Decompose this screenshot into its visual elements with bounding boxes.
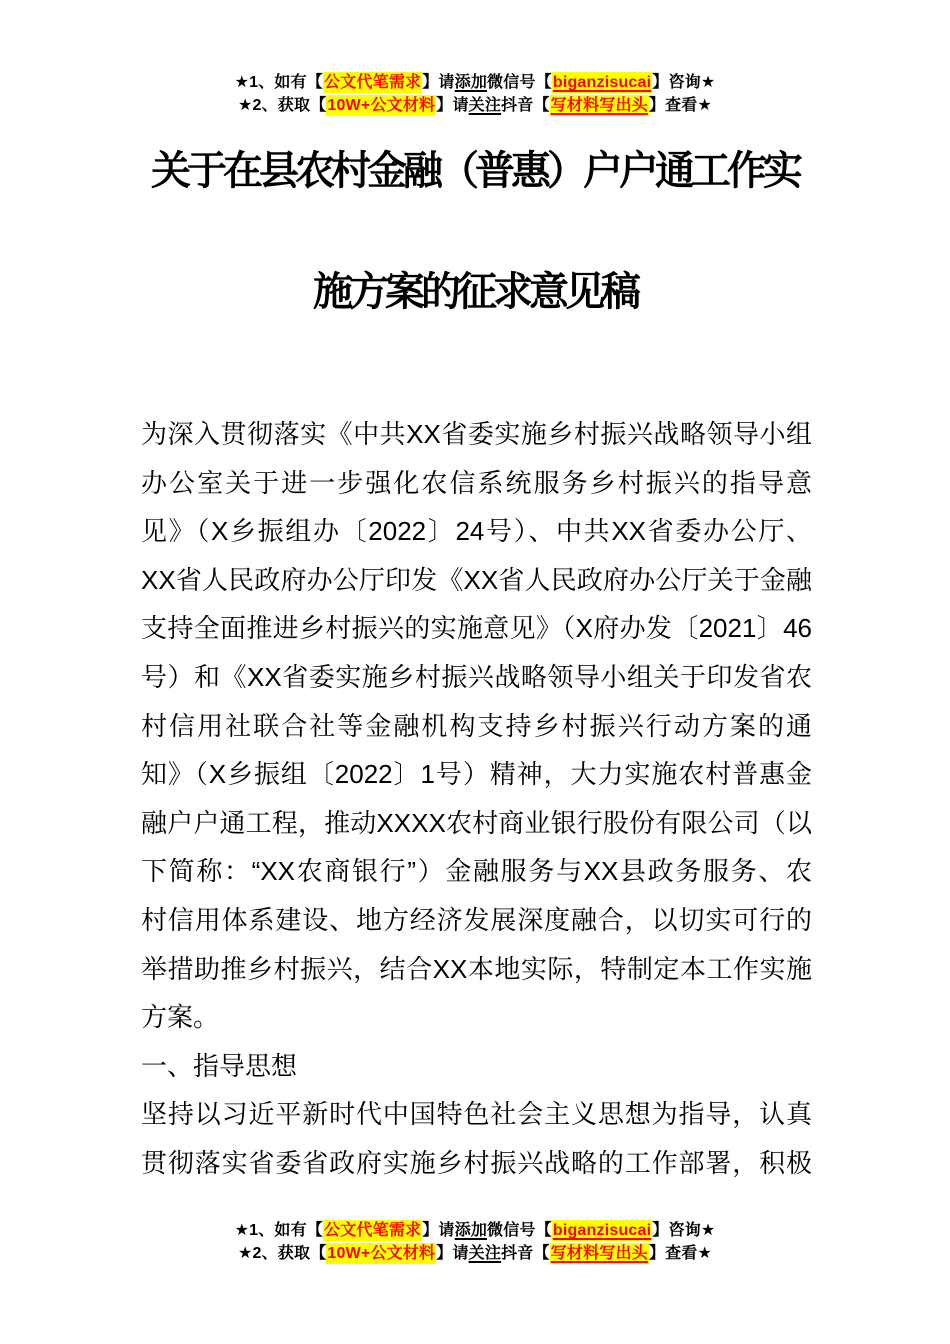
- document-title-line-2: 施方案的征求意见稿: [0, 268, 950, 316]
- paragraph-1-line: 知》（X乡振组〔2022〕1号）精神，大力实施农村普惠金: [141, 750, 812, 799]
- promo-segment-plain: 】请: [422, 74, 454, 91]
- promo-segment-plain: 】查看★: [649, 97, 712, 114]
- promo-footer-line-1: ★1、如有【公文代笔需求】请添加微信号【biganzisucai】咨询★: [0, 1219, 950, 1242]
- paragraph-1-line: 村信用社联合社等金融机构支持乡村振兴行动方案的通: [141, 702, 812, 751]
- promo-segment-plain: 抖音【: [501, 97, 550, 114]
- promo-segment-hl-red: 公文代笔需求: [323, 72, 422, 93]
- paragraph-2-line: 贯彻落实省委省政府实施乡村振兴战略的工作部署，积极: [141, 1139, 812, 1188]
- paragraph-1-line: 方案。: [141, 993, 812, 1042]
- paragraph-1-line: 号）和《XX省委实施乡村振兴战略领导小组关于印发省农: [141, 653, 812, 702]
- promo-segment-hl-red: 公文代笔需求: [323, 1220, 422, 1241]
- document-title: 关于在县农村金融（普惠）户户通工作实 施方案的征求意见稿: [0, 147, 950, 316]
- paragraph-1-line: 融户户通工程，推动XXXX农村商业银行股份有限公司（以: [141, 799, 812, 848]
- promo-segment-plain: 】咨询★: [652, 1222, 715, 1239]
- promo-segment-plain: ★2、获取【: [238, 97, 326, 114]
- paragraph-1-line: 下简称：“XX农商银行”）金融服务与XX县政务服务、农: [141, 847, 812, 896]
- paragraph-2-line: 坚持以习近平新时代中国特色社会主义思想为指导，认真: [141, 1090, 812, 1139]
- promo-segment-u: 关注: [469, 97, 501, 114]
- promo-footer-line-2: ★2、获取【10W+公文材料】请关注抖音【写材料写出头】查看★: [0, 1242, 950, 1265]
- promo-segment-plain: 】请: [436, 97, 468, 114]
- promo-header-line-2: ★2、获取【10W+公文材料】请关注抖音【写材料写出头】查看★: [0, 94, 950, 117]
- paragraph-1-line: XX省人民政府办公厅印发《XX省人民政府办公厅关于金融: [141, 556, 812, 605]
- paragraph-1-line: 办公室关于进一步强化农信系统服务乡村振兴的指导意: [141, 459, 812, 508]
- promo-segment-plain: 】请: [436, 1245, 468, 1262]
- promo-segment-plain: ★1、如有【: [235, 74, 323, 91]
- document-page: ★1、如有【公文代笔需求】请添加微信号【biganzisucai】咨询★ ★2、…: [0, 0, 950, 1344]
- promo-footer: ★1、如有【公文代笔需求】请添加微信号【biganzisucai】咨询★ ★2、…: [0, 1219, 950, 1265]
- promo-segment-plain: ★2、获取【: [238, 1245, 326, 1262]
- paragraph-1-line: 举措助推乡村振兴，结合XX本地实际，特制定本工作实施: [141, 945, 812, 994]
- promo-segment-u: 添加: [455, 1222, 487, 1239]
- promo-segment-plain: 微信号【: [487, 74, 552, 91]
- promo-segment-plain: 】查看★: [649, 1245, 712, 1262]
- promo-segment-plain: 抖音【: [501, 1245, 550, 1262]
- paragraph-1-line: 为深入贯彻落实《中共XX省委实施乡村振兴战略领导小组: [141, 410, 812, 459]
- promo-segment-hl-red: 10W+公文材料: [326, 95, 436, 116]
- paragraph-1: 为深入贯彻落实《中共XX省委实施乡村振兴战略领导小组办公室关于进一步强化农信系统…: [141, 410, 812, 1042]
- promo-segment-hl-red-u: 写材料写出头: [550, 1243, 649, 1264]
- promo-segment-u: 关注: [469, 1245, 501, 1262]
- promo-segment-hl-red-u: biganzisucai: [552, 1220, 652, 1241]
- document-title-line-1: 关于在县农村金融（普惠）户户通工作实: [0, 147, 950, 195]
- promo-segment-plain: 微信号【: [487, 1222, 552, 1239]
- promo-header: ★1、如有【公文代笔需求】请添加微信号【biganzisucai】咨询★ ★2、…: [0, 71, 950, 117]
- promo-segment-hl-red: 10W+公文材料: [326, 1243, 436, 1264]
- promo-segment-hl-red-u: biganzisucai: [552, 72, 652, 93]
- paragraph-2: 坚持以习近平新时代中国特色社会主义思想为指导，认真贯彻落实省委省政府实施乡村振兴…: [141, 1090, 812, 1187]
- promo-segment-hl-red-u: 写材料写出头: [550, 95, 649, 116]
- promo-segment-plain: 】咨询★: [652, 74, 715, 91]
- promo-segment-plain: 】请: [422, 1222, 454, 1239]
- promo-header-line-1: ★1、如有【公文代笔需求】请添加微信号【biganzisucai】咨询★: [0, 71, 950, 94]
- document-body: 为深入贯彻落实《中共XX省委实施乡村振兴战略领导小组办公室关于进一步强化农信系统…: [141, 410, 812, 1188]
- promo-segment-u: 添加: [455, 74, 487, 91]
- paragraph-1-line: 村信用体系建设、地方经济发展深度融合，以切实可行的: [141, 896, 812, 945]
- paragraph-1-line: 见》（X乡振组办〔2022〕24号）、中共XX省委办公厅、: [141, 507, 812, 556]
- section-heading-1: 一、指导思想: [141, 1042, 812, 1091]
- promo-segment-plain: ★1、如有【: [235, 1222, 323, 1239]
- paragraph-1-line: 支持全面推进乡村振兴的实施意见》（X府办发〔2021〕46: [141, 604, 812, 653]
